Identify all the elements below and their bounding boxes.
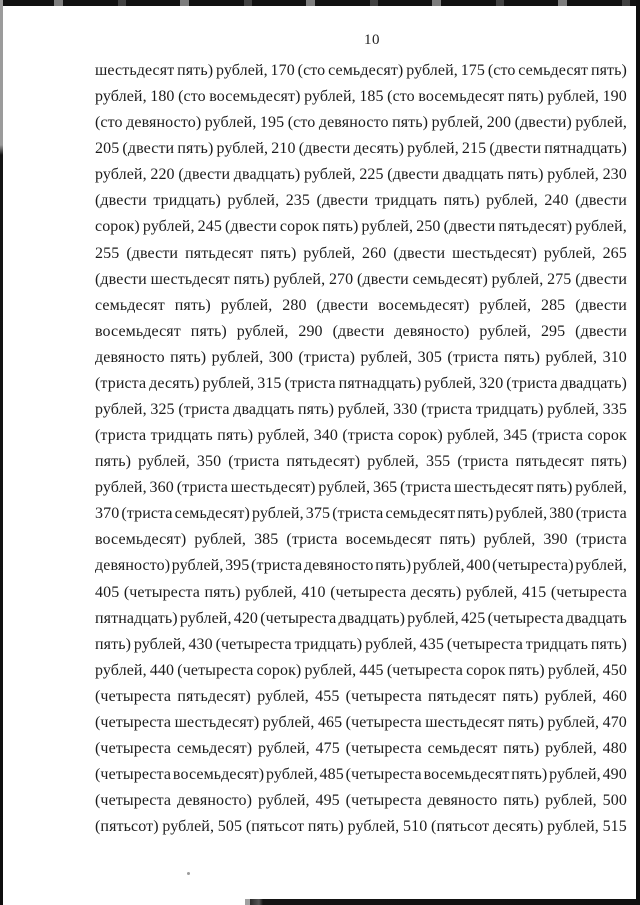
text-line: (двеститридцать)рублей,235(двеститридцат…: [95, 188, 627, 214]
text-line: рублей,360(тристашестьдесят)рублей,365(т…: [95, 475, 627, 501]
text-line: (четыреставосемьдесят)рублей,485(четырес…: [95, 762, 627, 788]
text-line: шестьдесятпять)рублей,170(стосемьдесят)р…: [95, 58, 627, 84]
text-line: пятнадцать)рублей,420(четырестадвадцать)…: [95, 606, 627, 632]
text-line: рублей,325(тристадвадцатьпять)рублей,330…: [95, 397, 627, 423]
text-line: восемьдесят)рублей,385(триставосемьдесят…: [95, 527, 627, 553]
scan-edge-top: [0, 0, 640, 6]
document-page: 10 шестьдесятпять)рублей,170(стосемьдеся…: [0, 0, 640, 905]
text-line: девяностопять)рублей,300(триста)рублей,3…: [95, 345, 627, 371]
text-line: пять)рублей,350(тристапятьдесят)рублей,3…: [95, 449, 627, 475]
text-line: рублей,220(двестидвадцать)рублей,225(две…: [95, 162, 627, 188]
text-line: (пятьсот)рублей,505(пятьсотпять)рублей,5…: [95, 814, 627, 840]
text-line: (двестишестьдесятпять)рублей,270(двестис…: [95, 267, 627, 293]
text-line: 370(тристасемьдесят)рублей,375(тристасем…: [95, 501, 627, 527]
scan-edge-left: [0, 0, 3, 905]
text-line: (четырестадевяносто)рублей,495(четыреста…: [95, 788, 627, 814]
scan-edge-bottom: [245, 899, 640, 905]
text-line: 255(двестипятьдесятпять)рублей,260(двест…: [95, 241, 627, 267]
text-line: рублей,180(стовосемьдесят)рублей,185(сто…: [95, 84, 627, 110]
text-line: сорок)рублей,245(двестисорокпять)рублей,…: [95, 214, 627, 240]
text-line: восемьдесятпять)рублей,290(двестидевянос…: [95, 319, 627, 345]
page-number: 10: [364, 33, 380, 48]
text-line: (четырестапятьдесят)рублей,455(четыреста…: [95, 684, 627, 710]
scan-speck: [187, 872, 190, 875]
text-line: (тристадесять)рублей,315(тристапятнадцат…: [95, 371, 627, 397]
text-line: девяносто)рублей,395(тристадевяностопять…: [95, 553, 627, 579]
document-body: шестьдесятпять)рублей,170(стосемьдесят)р…: [95, 58, 627, 840]
text-line: (стодевяносто)рублей,195(стодевяностопят…: [95, 110, 627, 136]
text-line: (четыресташестьдесят)рублей,465(четырест…: [95, 710, 627, 736]
text-line: 205(двестипять)рублей,210(двестидесять)р…: [95, 136, 627, 162]
text-line: (четырестасемьдесят)рублей,475(четыреста…: [95, 736, 627, 762]
text-line: (тристатридцатьпять)рублей,340(тристасор…: [95, 423, 627, 449]
text-line: пять)рублей,430(четырестатридцать)рублей…: [95, 632, 627, 658]
scan-edge-right: [636, 0, 640, 905]
text-line: рублей,440(четырестасорок)рублей,445(чет…: [95, 658, 627, 684]
text-line: семьдесятпять)рублей,280(двестивосемьдес…: [95, 293, 627, 319]
text-line: 405(четырестапять)рублей,410(четырестаде…: [95, 580, 627, 606]
